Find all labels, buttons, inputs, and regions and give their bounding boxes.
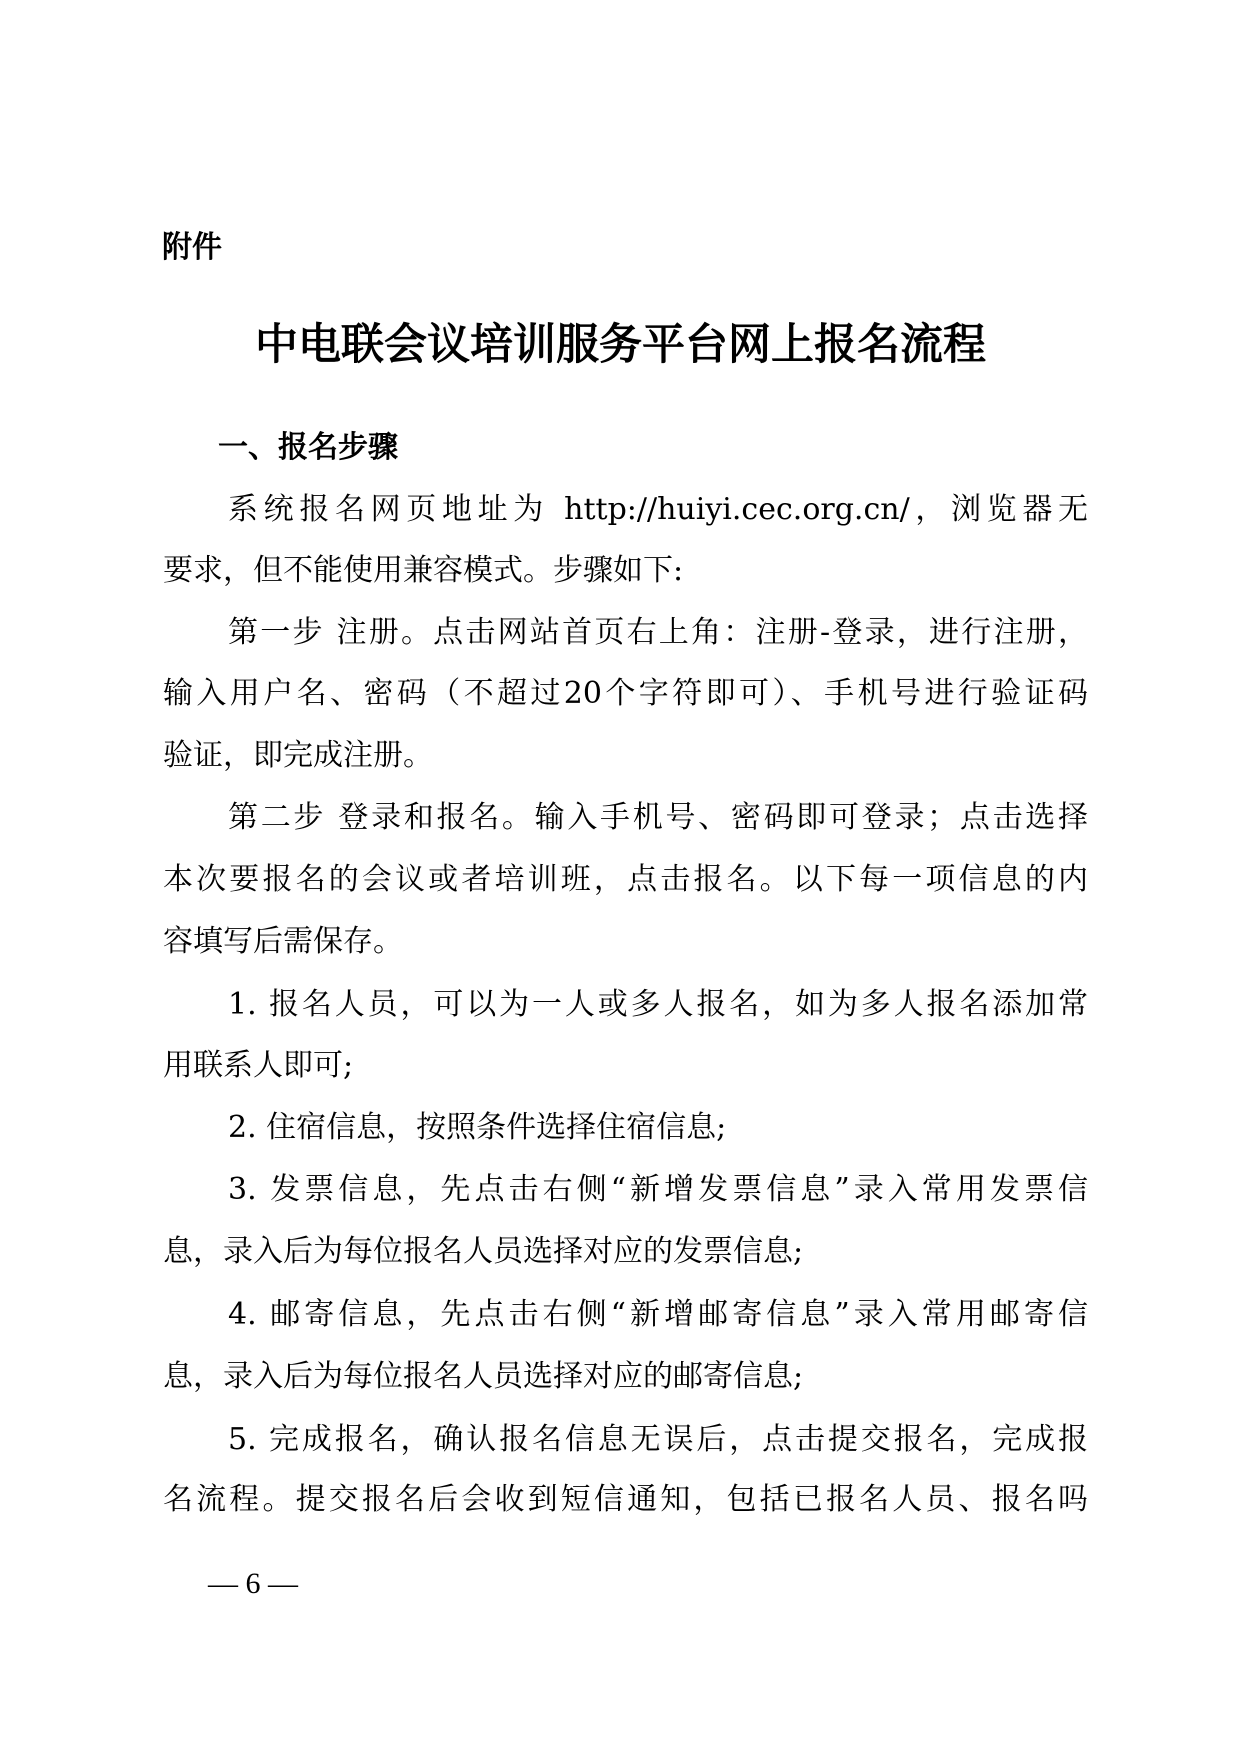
section-heading: 一、报名步骤 [218,428,398,468]
body-line: 名流程。提交报名后会收到短信通知，包括已报名人员、报名吗 [163,1480,1088,1520]
body-line: 息，录入后为每位报名人员选择对应的邮寄信息; [163,1357,1088,1397]
attachment-label: 附件 [162,228,222,268]
body-line: 验证，即完成注册。 [163,736,1088,776]
body-line: 5. 完成报名，确认报名信息无误后，点击提交报名，完成报 [228,1420,1088,1460]
page-title: 中电联会议培训服务平台网上报名流程 [0,318,1241,372]
body-line: 要求，但不能使用兼容模式。步骤如下: [163,551,1088,591]
body-line: 系统报名网页地址为 http://huiyi.cec.org.cn/，浏览器无 [228,490,1088,530]
body-line: 本次要报名的会议或者培训班，点击报名。以下每一项信息的内 [163,860,1088,900]
body-line: 息，录入后为每位报名人员选择对应的发票信息; [163,1232,1088,1272]
body-line: 容填写后需保存。 [163,922,1088,962]
body-line: 第一步 注册。点击网站首页右上角：注册-登录，进行注册， [228,613,1088,653]
body-line: 4. 邮寄信息，先点击右侧“新增邮寄信息”录入常用邮寄信 [228,1295,1088,1335]
body-line: 1. 报名人员，可以为一人或多人报名，如为多人报名添加常 [228,985,1088,1025]
page-number: — 6 — [208,1564,298,1604]
body-line: 输入用户名、密码（不超过20个字符即可）、手机号进行验证码 [163,674,1088,714]
body-line: 2. 住宿信息，按照条件选择住宿信息; [228,1108,1088,1148]
body-line: 3. 发票信息，先点击右侧“新增发票信息”录入常用发票信 [228,1170,1088,1210]
body-line: 第二步 登录和报名。输入手机号、密码即可登录；点击选择 [228,798,1088,838]
body-line: 用联系人即可; [163,1046,1088,1086]
